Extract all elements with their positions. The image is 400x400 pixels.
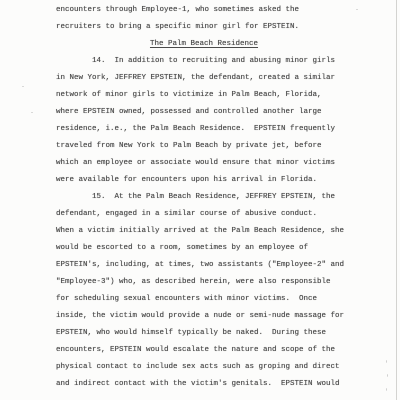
scan-artifact-speck — [356, 9, 358, 10]
document-line: for scheduling sexual encounters with mi… — [56, 291, 352, 308]
document-line: in New York, JEFFREY EPSTEIN, the defend… — [56, 70, 352, 87]
scan-artifact-speck — [31, 112, 33, 113]
document-line: and indirect contact with the victim's g… — [56, 376, 352, 393]
document-line: which an employee or associate would ens… — [56, 155, 352, 172]
document-line: EPSTEIN's, including, at times, two assi… — [56, 257, 352, 274]
document-line: encounters through Employee-1, who somet… — [56, 2, 352, 19]
document-line-paragraph-14-start: 14. In addition to recruiting and abusin… — [56, 53, 352, 70]
document-line: were available for encounters upon his a… — [56, 172, 352, 189]
document-line: residence, i.e., the Palm Beach Residenc… — [56, 121, 352, 138]
section-heading: The Palm Beach Residence — [56, 36, 352, 53]
document-line: would be escorted to a room, sometimes b… — [56, 240, 352, 257]
scan-artifact-speck — [386, 360, 387, 363]
document-line: traveled from New York to Palm Beach by … — [56, 138, 352, 155]
document-line: network of minor girls to victimize in P… — [56, 87, 352, 104]
document-line-paragraph-15-start: 15. At the Palm Beach Residence, JEFFREY… — [56, 189, 352, 206]
document-line: inside, the victim would provide a nude … — [56, 308, 352, 325]
document-line: physical contact to include sex acts suc… — [56, 359, 352, 376]
document-line: "Employee-3") who, as described herein, … — [56, 274, 352, 291]
document-line: defendant, engaged in a similar course o… — [56, 206, 352, 223]
scanned-document-page: encounters through Employee-1, who somet… — [0, 0, 400, 400]
document-line: When a victim initially arrived at the P… — [56, 223, 352, 240]
document-text-column: encounters through Employee-1, who somet… — [56, 2, 352, 393]
document-line: where EPSTEIN owned, possessed and contr… — [56, 104, 352, 121]
page-edge-scan-line — [396, 0, 397, 400]
document-line: EPSTEIN, who would himself typically be … — [56, 325, 352, 342]
document-line: recruiters to bring a specific minor gir… — [56, 19, 352, 36]
scan-artifact-speck — [386, 388, 387, 391]
document-line: encounters, EPSTEIN would escalate the n… — [56, 342, 352, 359]
scan-artifact-speck — [387, 374, 388, 377]
scan-artifact-speck — [22, 86, 24, 87]
